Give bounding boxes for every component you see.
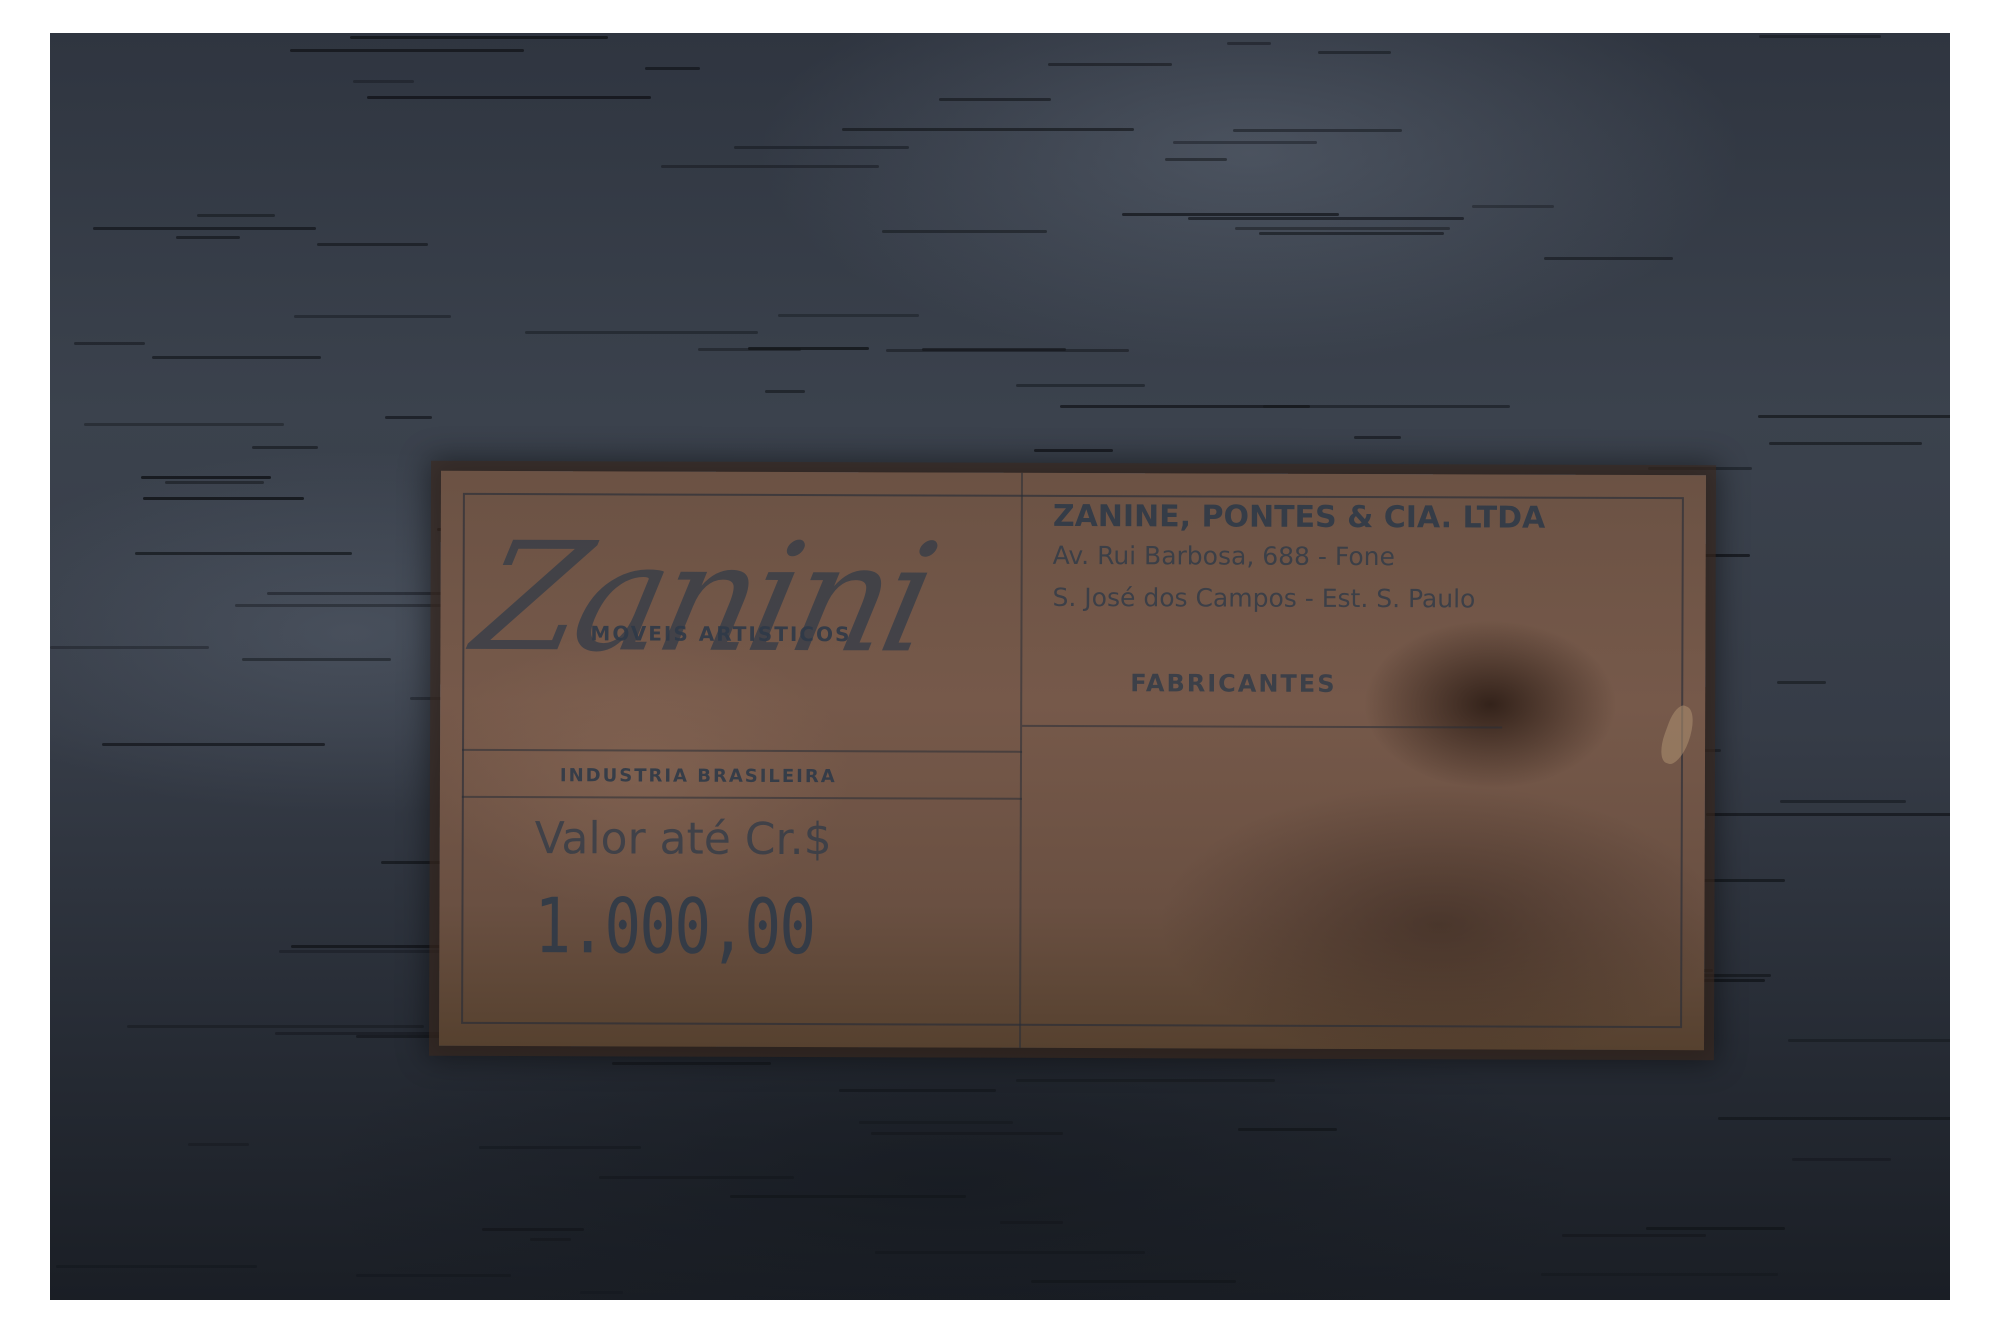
grain-line	[1562, 1234, 1706, 1237]
grain-line	[1646, 1227, 1785, 1230]
grain-line	[1235, 227, 1450, 230]
grain-line	[839, 1089, 996, 1092]
grain-line	[525, 331, 758, 334]
grain-line	[1718, 1117, 1950, 1120]
grain-line	[197, 214, 275, 217]
grain-line	[1354, 436, 1401, 439]
grain-line	[661, 165, 879, 168]
grain-line	[84, 423, 284, 426]
grain-line	[1233, 129, 1402, 132]
grain-line	[350, 36, 608, 39]
grain-line	[165, 481, 264, 484]
value-amount: 1.000,00	[534, 881, 814, 971]
grain-line	[1759, 35, 1881, 38]
grain-line	[1165, 158, 1227, 161]
grain-line	[127, 1025, 424, 1028]
grain-line	[1780, 800, 1906, 803]
grain-line	[765, 390, 805, 393]
grain-line	[317, 243, 428, 246]
company-name: ZANINE, PONTES & CIA. LTDA	[1053, 499, 1546, 536]
grain-line	[875, 1251, 1145, 1254]
grain-line	[730, 1195, 966, 1198]
grain-line	[1188, 217, 1464, 220]
grain-line	[74, 342, 145, 345]
grain-line	[842, 128, 1134, 131]
grain-line	[152, 356, 321, 359]
grain-line	[859, 1121, 1013, 1124]
grain-line	[353, 80, 414, 83]
grain-line	[612, 1062, 771, 1065]
grain-line	[1031, 1280, 1236, 1283]
signature: Zanini	[462, 511, 946, 686]
grain-line	[1777, 681, 1826, 684]
grain-line	[1000, 1221, 1063, 1224]
grain-line	[235, 604, 471, 607]
grain-line	[778, 314, 919, 317]
grain-line	[1016, 1079, 1275, 1082]
tagline: MOVEIS ARTISTICOS	[590, 621, 851, 646]
grain-line	[188, 1143, 249, 1146]
grain-line	[367, 96, 651, 99]
grain-line	[1792, 1158, 1891, 1161]
grain-line	[1016, 384, 1145, 387]
grain-line	[1544, 257, 1673, 260]
grain-line	[242, 658, 391, 661]
grain-line	[1238, 1128, 1337, 1131]
grain-line	[1541, 1273, 1778, 1276]
grain-line	[939, 98, 1051, 101]
address-line-1: Av. Rui Barbosa, 688 - Fone	[1053, 541, 1395, 571]
grain-line	[1034, 449, 1113, 452]
value-label: Valor até Cr.$	[535, 813, 832, 865]
grain-line	[599, 1176, 794, 1179]
grain-line	[645, 67, 700, 70]
grain-line	[482, 1228, 584, 1231]
grain-line	[294, 315, 451, 318]
grain-line	[290, 49, 524, 52]
maker-label: Zanini MOVEIS ARTISTICOS INDUSTRIA BRASI…	[439, 471, 1706, 1050]
grain-line	[1648, 467, 1752, 470]
grain-line	[1122, 213, 1339, 216]
grain-line	[176, 236, 240, 239]
address-line-2: S. José dos Campos - Est. S. Paulo	[1053, 583, 1476, 613]
grain-line	[1706, 813, 1950, 816]
grain-line	[93, 227, 316, 230]
grain-line	[1060, 405, 1310, 408]
grain-line	[1048, 63, 1172, 66]
grain-line	[50, 646, 209, 649]
grain-line	[580, 1291, 623, 1294]
grain-line	[1769, 442, 1922, 445]
grain-line	[1259, 232, 1444, 235]
grain-line	[882, 230, 1047, 233]
grain-line	[385, 416, 432, 419]
wood-photo: Zanini MOVEIS ARTISTICOS INDUSTRIA BRASI…	[50, 33, 1950, 1300]
grain-line	[1227, 42, 1271, 45]
grain-line	[871, 1132, 1063, 1135]
grain-line	[479, 1146, 641, 1149]
grain-line	[886, 349, 1129, 352]
manufacturer-role: FABRICANTES	[1130, 669, 1336, 698]
grain-line	[698, 348, 801, 351]
grain-line	[141, 476, 271, 479]
grain-line	[356, 1274, 511, 1277]
grain-line	[252, 446, 318, 449]
origin-text: INDUSTRIA BRASILEIRA	[560, 765, 837, 787]
grain-line	[56, 1265, 257, 1268]
grain-line	[1173, 141, 1317, 144]
grain-line	[1472, 205, 1554, 208]
grain-line	[734, 146, 909, 149]
grain-line	[1788, 1039, 1950, 1042]
grain-line	[135, 552, 352, 555]
grain-line	[143, 497, 304, 500]
grain-line	[102, 743, 325, 746]
grain-line	[530, 1238, 571, 1241]
grain-line	[1318, 51, 1391, 54]
grain-line	[1758, 415, 1950, 418]
